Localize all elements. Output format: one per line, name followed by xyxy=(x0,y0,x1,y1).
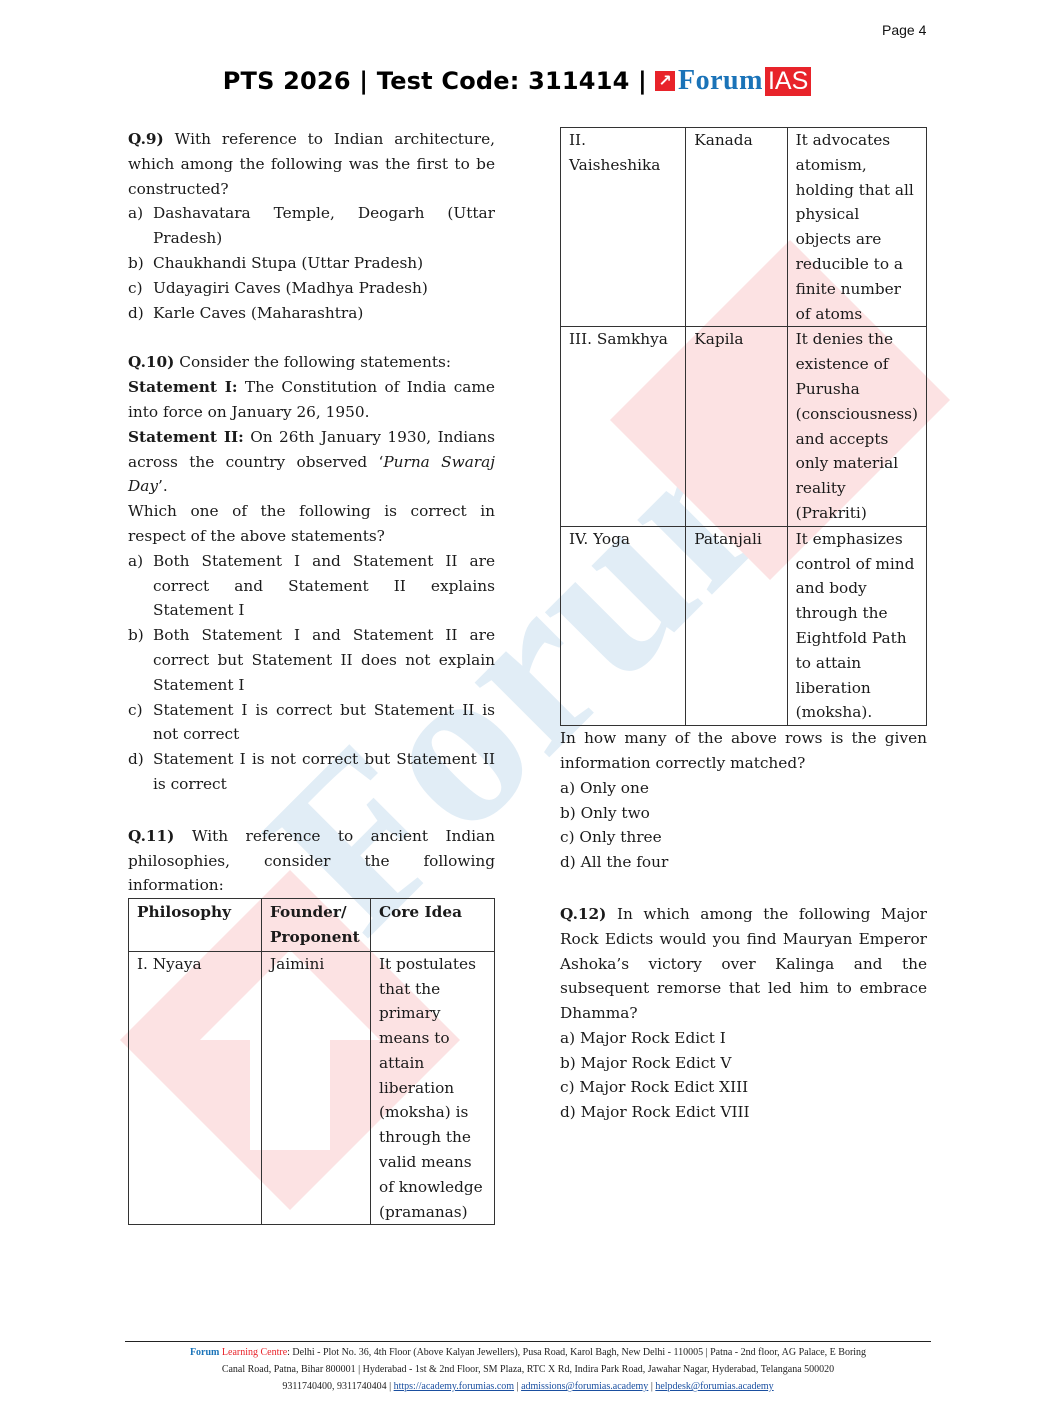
table-row: I. Nyaya Jaimini It postulates that the … xyxy=(129,951,495,1225)
statement-1: Statement I: The Constitution of India c… xyxy=(128,375,495,425)
table-cell: Kanada xyxy=(686,128,787,327)
option[interactable]: a) Only one xyxy=(560,776,927,801)
question-text: In which among the following Major Rock … xyxy=(560,905,927,1022)
question-text: With reference to ancient Indian philoso… xyxy=(128,827,495,895)
table-cell: II. Vaisheshika xyxy=(561,128,686,327)
forumias-logo: ↗ Forum IAS xyxy=(655,66,811,96)
table-cell: It denies the existence of Purusha (cons… xyxy=(787,327,926,526)
footer-phones: 9311740400, 9311740404 xyxy=(282,1381,386,1392)
option[interactable]: c)Udayagiri Caves (Madhya Pradesh) xyxy=(128,276,495,301)
footer-line-1: Forum Learning Centre: Delhi - Plot No. … xyxy=(125,1344,931,1361)
column-header: Core Idea xyxy=(371,899,495,952)
table-cell: It advocates atomism, holding that all p… xyxy=(787,128,926,327)
page-footer: Forum Learning Centre: Delhi - Plot No. … xyxy=(125,1341,931,1395)
page-header: PTS 2026 | Test Code: 311414 | ↗ Forum I… xyxy=(0,66,1056,96)
table-row: III. Samkhya Kapila It denies the existe… xyxy=(561,327,927,526)
question-number: Q.9) xyxy=(128,130,164,148)
question-number: Q.12) xyxy=(560,905,606,923)
question-9: Q.9) With reference to Indian architectu… xyxy=(128,127,495,201)
q12-options: a) Major Rock Edict I b) Major Rock Edic… xyxy=(560,1026,927,1125)
table-row: II. Vaisheshika Kanada It advocates atom… xyxy=(561,128,927,327)
option[interactable]: d) All the four xyxy=(560,850,927,875)
table-cell: It emphasizes control of mind and body t… xyxy=(787,526,926,725)
website-link[interactable]: https://academy.forumias.com xyxy=(394,1381,514,1392)
column-header: Founder/ Proponent xyxy=(262,899,371,952)
question-prompt: Which one of the following is correct in… xyxy=(128,499,495,549)
option[interactable]: d)Statement I is not correct but Stateme… xyxy=(128,747,495,797)
q9-options: a)Dashavatara Temple, Deogarh (Uttar Pra… xyxy=(128,201,495,325)
question-text: Consider the following statements: xyxy=(179,353,451,371)
question-number: Q.11) xyxy=(128,827,174,845)
table-cell: Patanjali xyxy=(686,526,787,725)
question-10: Q.10) Consider the following statements: xyxy=(128,350,495,375)
table-cell: It postulates that the primary means to … xyxy=(371,951,495,1225)
option[interactable]: b) Major Rock Edict V xyxy=(560,1051,927,1076)
footer-line-3: 9311740400, 9311740404 | https://academy… xyxy=(125,1378,931,1395)
footer-brand-forum: Forum xyxy=(190,1347,219,1358)
admissions-email-link[interactable]: admissions@forumias.academy xyxy=(521,1381,648,1392)
statement-2: Statement II: On 26th January 1930, Indi… xyxy=(128,425,495,499)
page-number: Page 4 xyxy=(882,22,926,38)
q10-options: a)Both Statement I and Statement II are … xyxy=(128,549,495,797)
option[interactable]: d) Major Rock Edict VIII xyxy=(560,1100,927,1125)
north-east-arrow-icon: ↗ xyxy=(655,71,675,91)
table-header-row: Philosophy Founder/ Proponent Core Idea xyxy=(129,899,495,952)
option[interactable]: b) Only two xyxy=(560,801,927,826)
option[interactable]: d)Karle Caves (Maharashtra) xyxy=(128,301,495,326)
logo-ias-text: IAS xyxy=(765,67,811,96)
option[interactable]: c) Only three xyxy=(560,825,927,850)
column-header: Philosophy xyxy=(129,899,262,952)
table-cell: III. Samkhya xyxy=(561,327,686,526)
q11-options: a) Only one b) Only two c) Only three d)… xyxy=(560,776,927,875)
left-column: Q.9) With reference to Indian architectu… xyxy=(128,127,495,1225)
philosophy-table-continued: II. Vaisheshika Kanada It advocates atom… xyxy=(560,127,927,726)
table-cell: Jaimini xyxy=(262,951,371,1225)
table-cell: IV. Yoga xyxy=(561,526,686,725)
question-11: Q.11) With reference to ancient Indian p… xyxy=(128,824,495,898)
option[interactable]: a)Dashavatara Temple, Deogarh (Uttar Pra… xyxy=(128,201,495,251)
option[interactable]: a)Both Statement I and Statement II are … xyxy=(128,549,495,623)
option[interactable]: c)Statement I is correct but Statement I… xyxy=(128,698,495,748)
footer-line-2: Canal Road, Patna, Bihar 800001 | Hydera… xyxy=(125,1361,931,1378)
option[interactable]: b)Both Statement I and Statement II are … xyxy=(128,623,495,697)
table-cell: I. Nyaya xyxy=(129,951,262,1225)
logo-forum-text: Forum xyxy=(678,67,763,95)
question-12: Q.12) In which among the following Major… xyxy=(560,902,927,1026)
question-text: With reference to Indian architecture, w… xyxy=(128,130,495,198)
question-prompt: In how many of the above rows is the giv… xyxy=(560,726,927,776)
option[interactable]: a) Major Rock Edict I xyxy=(560,1026,927,1051)
table-cell: Kapila xyxy=(686,327,787,526)
helpdesk-email-link[interactable]: helpdesk@forumias.academy xyxy=(655,1381,773,1392)
test-title: PTS 2026 | Test Code: 311414 | xyxy=(223,67,647,95)
option[interactable]: c) Major Rock Edict XIII xyxy=(560,1075,927,1100)
footer-brand-learning-centre: Learning Centre xyxy=(222,1347,287,1358)
option[interactable]: b)Chaukhandi Stupa (Uttar Pradesh) xyxy=(128,251,495,276)
right-column: II. Vaisheshika Kanada It advocates atom… xyxy=(560,127,927,1125)
philosophy-table: Philosophy Founder/ Proponent Core Idea … xyxy=(128,898,495,1225)
table-row: IV. Yoga Patanjali It emphasizes control… xyxy=(561,526,927,725)
question-number: Q.10) xyxy=(128,353,174,371)
